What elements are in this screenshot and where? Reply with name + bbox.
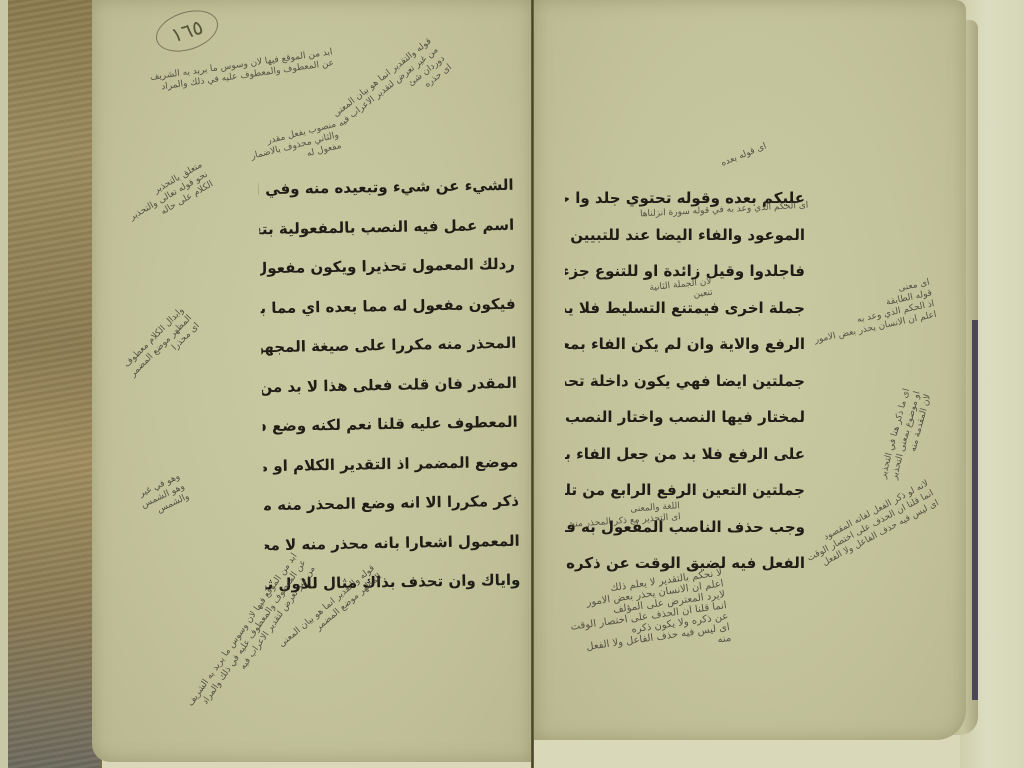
text-line: جملتين التعين الرفع الرابع من تلك المواض… bbox=[565, 472, 805, 509]
text-line: اسم عمل فيه النصب بالمفعولية بتقدير اتق … bbox=[259, 205, 515, 249]
text-line: فيكون مفعول له مما بعده اي مما بعد ذلك ا… bbox=[260, 284, 516, 328]
text-line: المحذر منه مكررا على صيغة المجهول عطف عل… bbox=[261, 324, 517, 368]
text-line: على الرفع فلا بد من جعل الفاء بمعنى الشر… bbox=[565, 436, 805, 473]
text-line: ذكر مكررا الا انه وضع المحذر منه موضع ال… bbox=[264, 482, 520, 526]
text-line: موضع المضمر اذ التقدير الكلام او معمول ب… bbox=[263, 442, 519, 486]
text-line: الشيء عن شيء وتبعيده منه وفي اصطلاح النح… bbox=[258, 166, 514, 210]
book-gutter bbox=[531, 0, 534, 768]
text-line: لمختار فيها النصب واختار النصب باطل لاتف… bbox=[565, 399, 805, 436]
left-page-main-text: الشيء عن شيء وتبعيده منه وفي اصطلاح النح… bbox=[258, 166, 521, 605]
text-line: الرفع والاية وان لم يكن الفاء بمعنى الشر… bbox=[565, 326, 805, 363]
leather-binding-cover bbox=[0, 0, 102, 768]
text-line: ردلك المعمول تحذيرا ويكون مفعول مطلق او … bbox=[260, 245, 516, 289]
text-line: المعطوف عليه قلنا نعم لكنه وضع في المعطو… bbox=[262, 403, 518, 447]
text-line: الموعود والفاء اليضا عند للتبيين الا ان … bbox=[565, 217, 805, 254]
text-line: المقدر فان قلت فعلى هذا لا بد من ضمير في… bbox=[262, 363, 518, 407]
text-line: جملتين ايضا فهي يكون داخلة تحت الطابقة س… bbox=[565, 363, 805, 400]
